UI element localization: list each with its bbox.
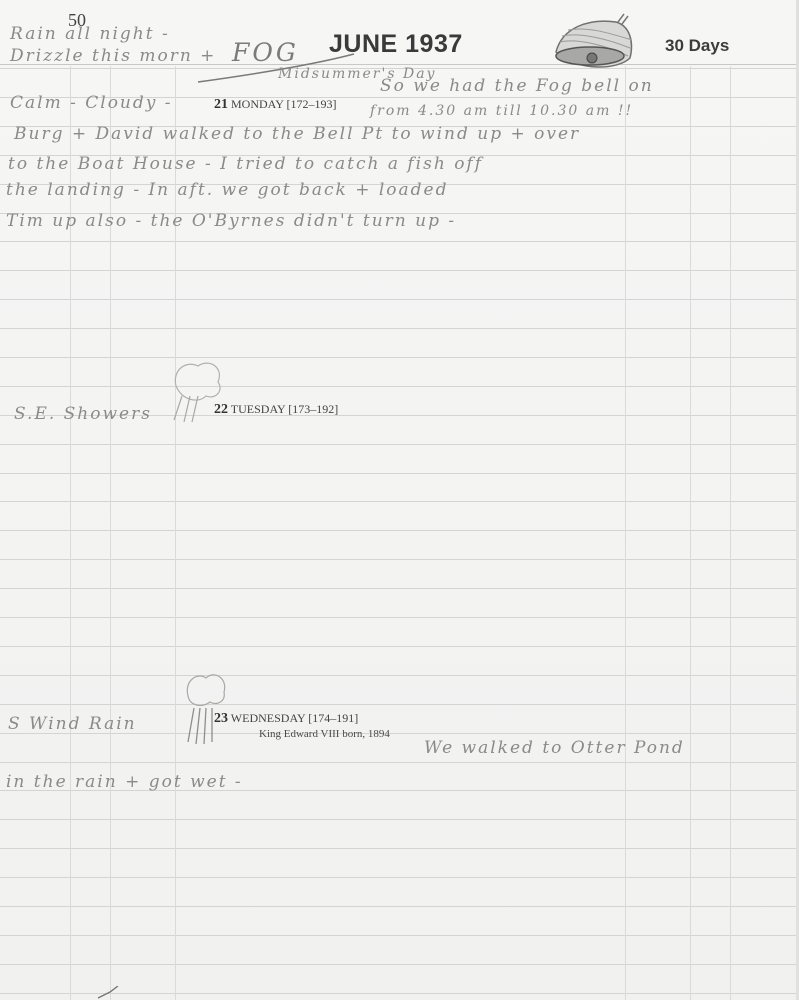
ruled-line: [0, 704, 799, 705]
ruled-line: [0, 501, 799, 502]
ruled-line: [0, 473, 799, 474]
pencil-mark: [96, 986, 126, 1000]
ruled-line: [0, 530, 799, 531]
ruled-line: [0, 328, 799, 329]
ruled-line: [0, 819, 799, 820]
ruled-line: [0, 964, 799, 965]
day-number: 23: [214, 711, 228, 726]
weather-note-line1: Rain all night -: [10, 24, 170, 44]
day-21-entry-line: Burg + David walked to the Bell Pt to wi…: [14, 124, 580, 144]
rain-cloud-sketch-icon: [180, 670, 230, 750]
day-21-entry-line: from 4.30 am till 10.30 am !!: [370, 103, 633, 119]
column-rule: [690, 66, 691, 1000]
ruled-line: [0, 357, 799, 358]
day-21-entry-line: to the Boat House - I tried to catch a f…: [8, 154, 483, 174]
ruled-line: [0, 386, 799, 387]
day-21-weather: Calm - Cloudy -: [10, 93, 173, 113]
weekday: MONDAY: [231, 97, 283, 111]
day-21-heading: 21 MONDAY [172–193]: [214, 97, 336, 113]
ruled-line: [0, 762, 799, 763]
ruled-line: [0, 646, 799, 647]
ruled-line: [0, 877, 799, 878]
day-count: [173–192]: [288, 402, 338, 416]
ruled-line: [0, 444, 799, 445]
ruled-line: [0, 299, 799, 300]
day-23-entry-line: We walked to Otter Pond: [424, 738, 685, 758]
ruled-line: [0, 559, 799, 560]
diary-page: 50 JUNE 1937 30 Days Rain all night - Dr…: [0, 0, 799, 1000]
column-rule: [625, 66, 626, 1000]
day-21-entry-line: Tim up also - the O'Byrnes didn't turn u…: [6, 211, 456, 231]
ruled-line: [0, 588, 799, 589]
days-in-month: 30 Days: [665, 36, 729, 56]
day-22-weather: S.E. Showers: [14, 404, 152, 424]
column-rule: [110, 66, 111, 1000]
day-23-entry-line: in the rain + got wet -: [6, 772, 243, 792]
day-22-heading: 22 TUESDAY [173–192]: [214, 402, 338, 418]
day-21-entry-line: the landing - In aft. we got back + load…: [6, 180, 449, 200]
day-23-weather: S Wind Rain: [8, 714, 137, 734]
ruled-line: [0, 270, 799, 271]
day-23-historical-note: King Edward VIII born, 1894: [259, 728, 390, 740]
ruled-line: [0, 935, 799, 936]
weekday: WEDNESDAY: [231, 711, 305, 725]
column-rule: [70, 66, 71, 1000]
day-count: [172–193]: [286, 97, 336, 111]
day-count: [174–191]: [308, 711, 358, 725]
day-21-entry-line: So we had the Fog bell on: [380, 76, 654, 96]
day-number: 22: [214, 402, 228, 417]
day-number: 21: [214, 97, 228, 112]
column-rule: [730, 66, 731, 1000]
column-rule: [175, 66, 176, 1000]
day-23-heading: 23 WEDNESDAY [174–191]: [214, 711, 358, 727]
bell-sketch-icon: [548, 12, 640, 76]
ruled-line: [0, 241, 799, 242]
ruled-line: [0, 617, 799, 618]
weekday: TUESDAY: [231, 402, 285, 416]
ruled-line: [0, 906, 799, 907]
ruled-line: [0, 848, 799, 849]
ruled-line: [0, 675, 799, 676]
weather-note-line2: Drizzle this morn +: [10, 46, 216, 66]
